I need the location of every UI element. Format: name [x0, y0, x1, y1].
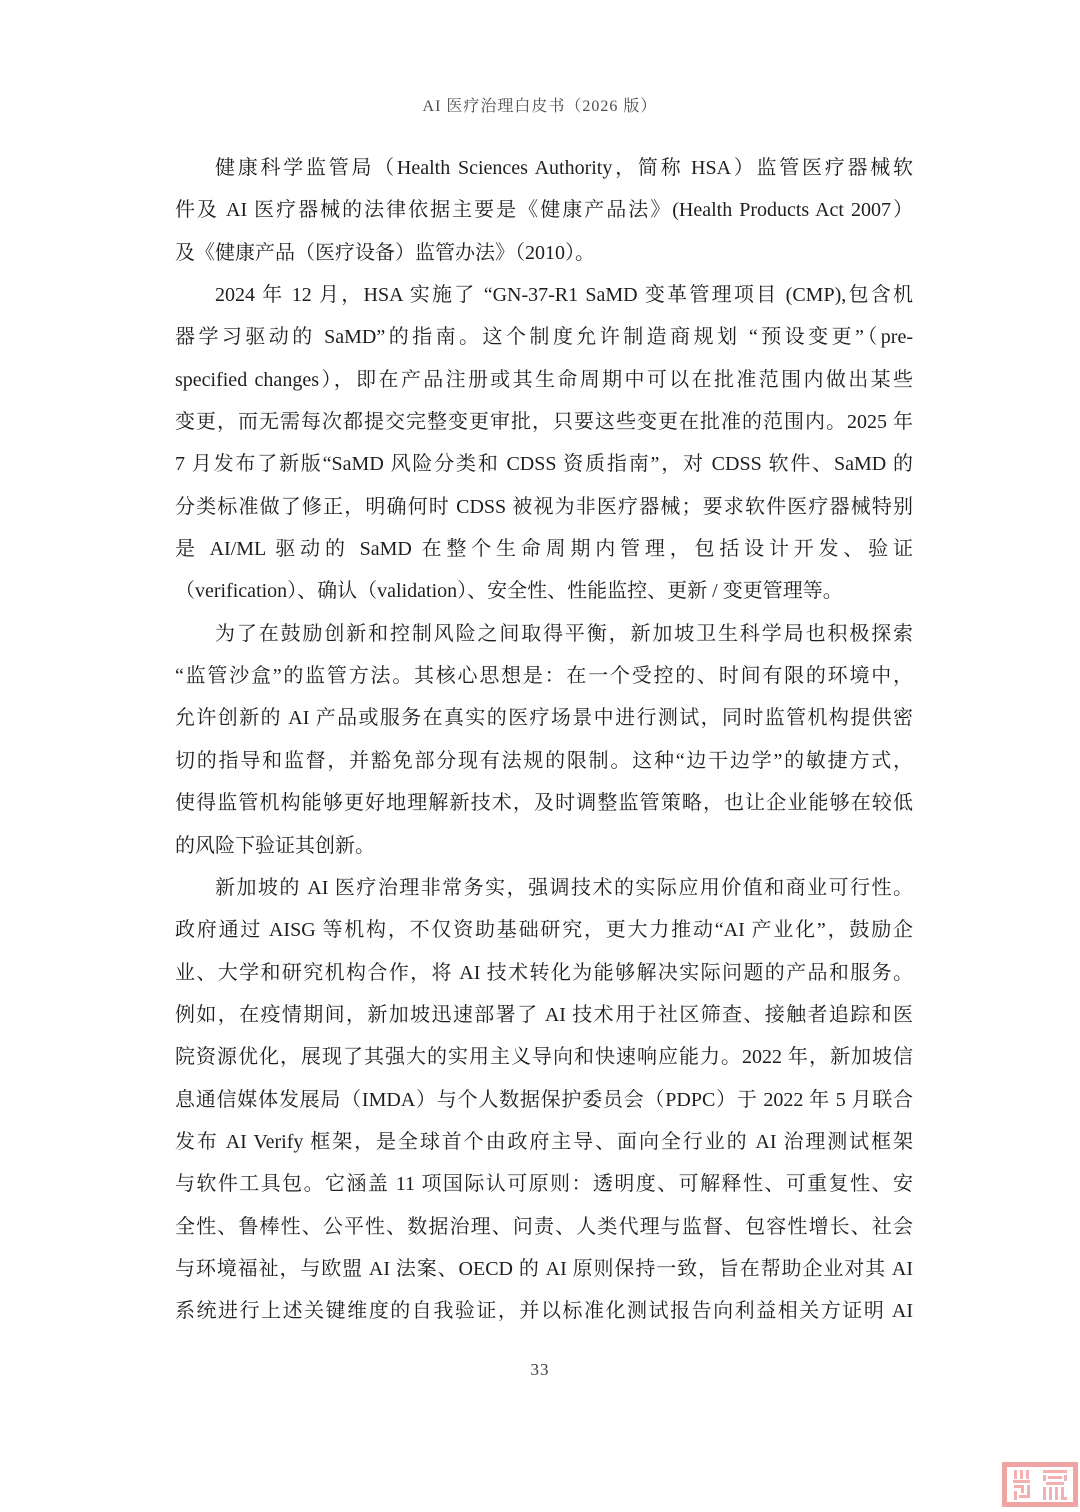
- text-line: 变更，而无需每次都提交完整变更审批，只要这些变更在批准的范围内。2025 年: [175, 401, 913, 443]
- text-line: 系统进行上述关键维度的自我验证，并以标准化测试报告向利益相关方证明 AI: [175, 1290, 913, 1332]
- text-line: 与环境福祉，与欧盟 AI 法案、OECD 的 AI 原则保持一致，旨在帮助企业对…: [175, 1248, 913, 1290]
- seal-glyphs-icon: [1013, 1470, 1067, 1500]
- page-number: 33: [0, 1360, 1080, 1380]
- text-line: 允许创新的 AI 产品或服务在真实的医疗场景中进行测试，同时监管机构提供密: [175, 697, 913, 739]
- text-line: 及《健康产品（医疗设备）监管办法》（2010）。: [175, 232, 913, 274]
- document-page: AI 医疗治理白皮书（2026 版） 健康科学监管局（Health Scienc…: [0, 0, 1080, 1512]
- text-line: specified changes），即在产品注册或其生命周期中可以在批准范围内…: [175, 359, 913, 401]
- text-line: 切的指导和监督，并豁免部分现有法规的限制。这种“边干边学”的敏捷方式，: [175, 740, 913, 782]
- text-line: 分类标准做了修正，明确何时 CDSS 被视为非医疗器械；要求软件医疗器械特别: [175, 486, 913, 528]
- text-line: 院资源优化，展现了其强大的实用主义导向和快速响应能力。2022 年，新加坡信: [175, 1036, 913, 1078]
- text-line: （verification）、确认（validation）、安全性、性能监控、更…: [175, 570, 913, 612]
- text-line: “监管沙盒”的监管方法。其核心思想是：在一个受控的、时间有限的环境中，: [175, 655, 913, 697]
- text-line: 新加坡的 AI 医疗治理非常务实，强调技术的实际应用价值和商业可行性。: [175, 867, 913, 909]
- text-line: 件及 AI 医疗器械的法律依据主要是《健康产品法》(Health Product…: [175, 189, 913, 231]
- text-line: 是 AI/ML 驱动的 SaMD 在整个生命周期内管理，包括设计开发、验证: [175, 528, 913, 570]
- text-line: 健康科学监管局（Health Sciences Authority，简称 HSA…: [175, 147, 913, 189]
- text-line: 例如，在疫情期间，新加坡迅速部署了 AI 技术用于社区筛查、接触者追踪和医: [175, 994, 913, 1036]
- text-line: 全性、鲁棒性、公平性、数据治理、问责、人类代理与监督、包容性增长、社会: [175, 1206, 913, 1248]
- text-line: 业、大学和研究机构合作，将 AI 技术转化为能够解决实际问题的产品和服务。: [175, 952, 913, 994]
- text-line: 的风险下验证其创新。: [175, 825, 913, 867]
- text-line: 2024 年 12 月，HSA 实施了 “GN-37-R1 SaMD 变革管理项…: [175, 274, 913, 316]
- text-line: 为了在鼓励创新和控制风险之间取得平衡，新加坡卫生科学局也积极探索: [175, 613, 913, 655]
- body-text: 健康科学监管局（Health Sciences Authority，简称 HSA…: [175, 147, 913, 1333]
- text-line: 7 月发布了新版“SaMD 风险分类和 CDSS 资质指南”，对 CDSS 软件…: [175, 443, 913, 485]
- seal-watermark-icon: [1002, 1462, 1078, 1507]
- text-line: 与软件工具包。它涵盖 11 项国际认可原则：透明度、可解释性、可重复性、安: [175, 1163, 913, 1205]
- text-line: 政府通过 AISG 等机构，不仅资助基础研究，更大力推动“AI 产业化”，鼓励企: [175, 909, 913, 951]
- text-line: 使得监管机构能够更好地理解新技术，及时调整监管策略，也让企业能够在较低: [175, 782, 913, 824]
- text-line: 息通信媒体发展局（IMDA）与个人数据保护委员会（PDPC）于 2022 年 5…: [175, 1079, 913, 1121]
- running-header: AI 医疗治理白皮书（2026 版）: [0, 93, 1080, 116]
- text-line: 器学习驱动的 SaMD”的指南。这个制度允许制造商规划 “预设变更”（pre-: [175, 316, 913, 358]
- text-line: 发布 AI Verify 框架，是全球首个由政府主导、面向全行业的 AI 治理测…: [175, 1121, 913, 1163]
